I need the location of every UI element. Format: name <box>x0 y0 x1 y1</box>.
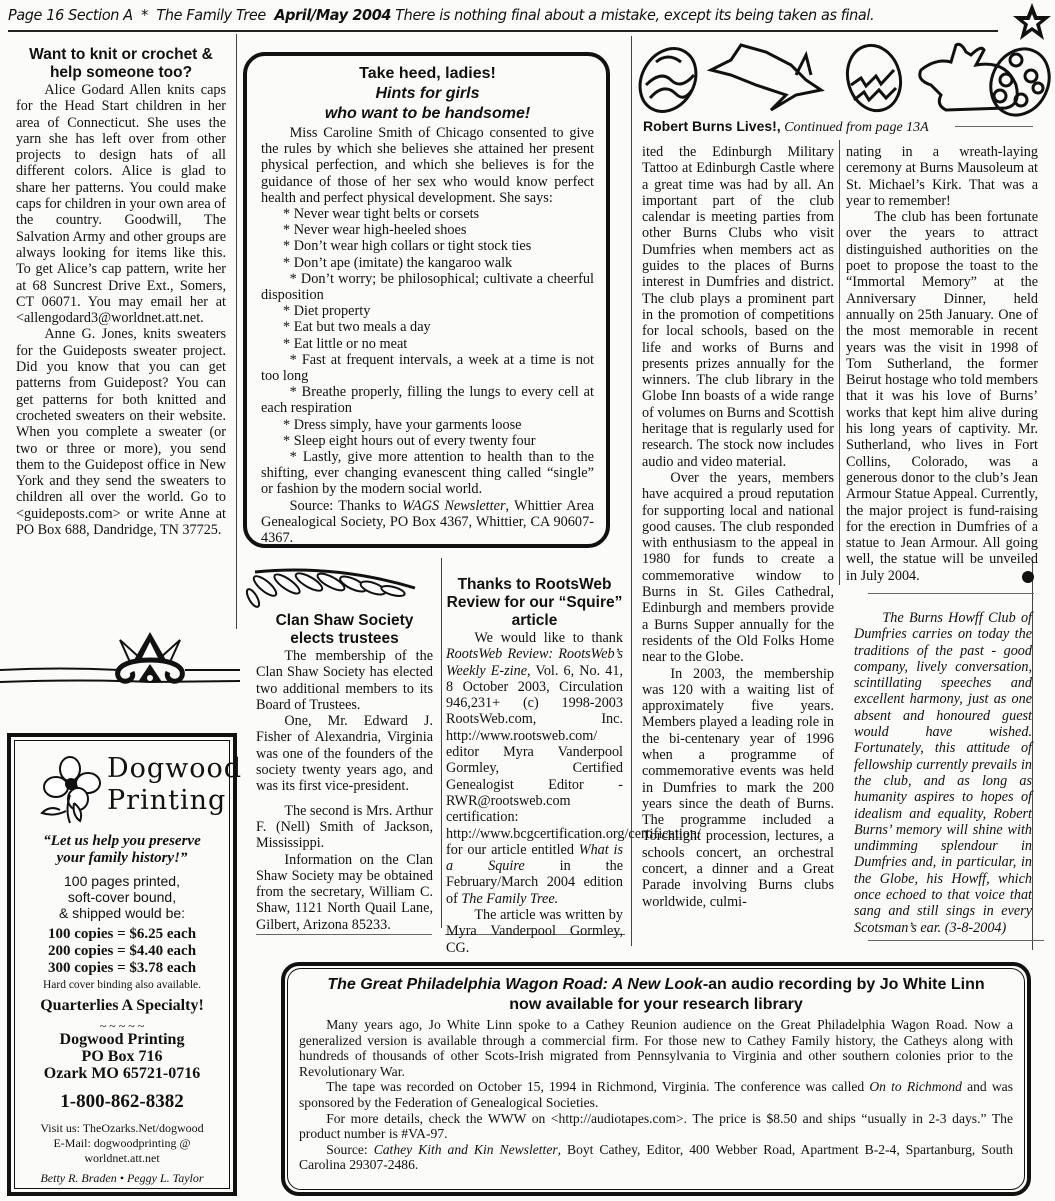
rule-item: * Lastly, give more attention to health … <box>261 449 594 498</box>
rule-item: * Don’t worry; be philosophical; cultiva… <box>261 271 594 303</box>
rule-item: * Eat but two meals a day <box>261 319 594 335</box>
divider <box>256 934 432 935</box>
easter-decoration <box>636 40 1051 118</box>
dogwood-owners: Betty R. Braden • Peggy L. Taylor <box>15 1171 229 1186</box>
clan-shaw-paragraph: The second is Mrs. Arthur F. (Nell) Smit… <box>256 803 433 852</box>
column-rule <box>839 140 840 585</box>
price-line: 300 copies = $3.78 each <box>15 960 229 977</box>
rule-item: * Breathe properly, filling the lungs to… <box>261 384 594 416</box>
polka-dot-egg-icon <box>980 40 1051 118</box>
divider <box>955 126 1033 127</box>
header-line: Page 16 Section A * The Family Tree Apri… <box>8 2 929 28</box>
wagon-road-title: The Great Philadelphia Wagon Road: A New… <box>299 975 1013 1015</box>
burns-paragraph: Over the years, members have acquired a … <box>642 470 834 666</box>
heed-intro: Miss Caroline Smith of Chicago consented… <box>261 125 594 206</box>
rule-item: * Diet property <box>261 303 594 319</box>
rootsweb-article: Thanks to RootsWeb Review for our “Squir… <box>446 576 623 956</box>
rule-item: * Never wear high-heeled shoes <box>261 222 594 238</box>
dogwood-contact: Visit us: TheOzarks.Net/dogwood E-Mail: … <box>15 1121 229 1166</box>
star-icon <box>1012 2 1052 42</box>
header-motto: There is nothing final about a mistake, … <box>395 6 874 24</box>
column-rule <box>1032 560 1033 950</box>
scroll-ornament-icon <box>0 630 240 695</box>
burns-headline-row: Robert Burns Lives!, Continued from page… <box>643 118 929 136</box>
clan-shaw-paragraph: The membership of the Clan Shaw Society … <box>256 648 433 713</box>
page-label: Page 16 Section A <box>8 6 133 24</box>
page-header: Page 16 Section A * The Family Tree Apri… <box>8 2 998 32</box>
knit-headline: Want to knit or crochet & help someone t… <box>16 46 226 82</box>
rootsweb-headline: Thanks to RootsWeb Review for our “Squir… <box>446 576 623 630</box>
column-rule <box>441 558 442 928</box>
dogwood-title: Dogwood Printing <box>107 753 242 817</box>
clan-shaw-article: Clan Shaw Society elects trustees The me… <box>256 612 433 933</box>
burns-headline: Robert Burns Lives!, <box>643 118 781 134</box>
burns-paragraph: In 2003, the membership was 120 with a w… <box>642 666 834 910</box>
specialty-line: Quarterlies A Specialty! <box>15 997 229 1015</box>
leaping-rabbit-icon <box>711 45 821 110</box>
rule-item: * Dress simply, have your garments loose <box>261 417 594 433</box>
burns-paragraph: ited the Edinburgh Military Tattoo at Ed… <box>642 144 834 470</box>
issue-date: April/May 2004 <box>274 6 391 24</box>
rule-item: * Don’t wear high collars or tight stock… <box>261 238 594 254</box>
hardcover-note: Hard cover binding also available. <box>15 979 229 991</box>
wagon-paragraph: The tape was recorded on October 15, 199… <box>299 1079 1013 1110</box>
rule-item: * Don’t ape (imitate) the kangaroo walk <box>261 255 594 271</box>
divider <box>868 940 1044 941</box>
hints-for-girls-box: Take heed, ladies! Hints for girls who w… <box>243 52 610 548</box>
rule-item: * Sleep eight hours out of every twenty … <box>261 433 594 449</box>
knit-paragraph: Anne G. Jones, knits sweaters for the Gu… <box>16 326 226 538</box>
rootsweb-paragraph: The article was written by Myra Vanderpo… <box>446 907 623 956</box>
heed-subtitle: who want to be handsome! <box>261 104 594 124</box>
dogwood-flower-icon <box>40 755 110 825</box>
wagon-paragraph: Many years ago, Jo White Linn spoke to a… <box>299 1017 1013 1079</box>
wagon-road-box: The Great Philadelphia Wagon Road: A New… <box>281 962 1031 1196</box>
fern-leaf-icon <box>245 558 425 608</box>
burns-closing-text: The Burns Howff Club of Dumfries carries… <box>854 610 1032 936</box>
price-line: 200 copies = $4.40 each <box>15 943 229 960</box>
burns-paragraph: nating in a wreath-laying ceremony at Bu… <box>846 144 1038 209</box>
wagon-paragraph: Source: Cathey Kith and Kin Newsletter, … <box>299 1142 1013 1173</box>
publication-name: The Family Tree <box>156 6 265 24</box>
end-mark-icon <box>1022 571 1034 583</box>
dogwood-printing-ad: Dogwood Printing “Let us help you preser… <box>7 733 237 1196</box>
clan-shaw-headline: Clan Shaw Society elects trustees <box>256 612 433 648</box>
rule-item: * Eat little or no meat <box>261 336 594 352</box>
dogwood-tagline: “Let us help you preserve your family hi… <box>15 833 229 867</box>
rule-item: * Never wear tight belts or corsets <box>261 206 594 222</box>
burns-paragraph: The club has been fortunate over the yea… <box>846 209 1038 584</box>
knit-article: Want to knit or crochet & help someone t… <box>16 46 226 538</box>
heed-title: Take heed, ladies! <box>261 64 594 84</box>
heed-subtitle: Hints for girls <box>261 84 594 104</box>
zigzag-egg-icon <box>840 40 907 117</box>
source-newsletter: WAGS Newsletter <box>402 498 506 514</box>
divider <box>868 593 1034 594</box>
knit-paragraph: Alice Godard Allen knits caps for the He… <box>16 82 226 326</box>
clan-shaw-paragraph: Information on the Clan Shaw Society may… <box>256 852 433 933</box>
dogwood-offer: 100 pages printed, soft-cover bound, & s… <box>15 873 229 921</box>
price-line: 100 copies = $6.25 each <box>15 926 229 943</box>
clan-shaw-paragraph: One, Mr. Edward J. Fisher of Alexandria,… <box>256 713 433 794</box>
rootsweb-paragraph: We would like to thank RootsWeb Review: … <box>446 630 623 907</box>
burns-column-2: nating in a wreath-laying ceremony at Bu… <box>846 144 1038 584</box>
dogwood-address: Dogwood Printing PO Box 716 Ozark MO 657… <box>15 1031 229 1082</box>
striped-egg-icon <box>636 40 707 118</box>
continued-note: Continued from page 13A <box>784 120 929 135</box>
burns-column-1: ited the Edinburgh Military Tattoo at Ed… <box>642 144 834 910</box>
wagon-paragraph: For more details, check the WWW on <http… <box>299 1111 1013 1142</box>
dogwood-phone: 1-800-862-8382 <box>15 1091 229 1113</box>
heed-source: Source: Thanks to WAGS Newsletter, Whitt… <box>261 498 594 547</box>
rule-item: * Fast at frequent intervals, a week at … <box>261 352 594 384</box>
dogwood-prices: 100 copies = $6.25 each 200 copies = $4.… <box>15 926 229 977</box>
header-separator: * <box>141 6 148 24</box>
column-rule <box>631 36 632 946</box>
column-rule <box>236 34 237 629</box>
burns-closing: The Burns Howff Club of Dumfries carries… <box>854 610 1032 936</box>
